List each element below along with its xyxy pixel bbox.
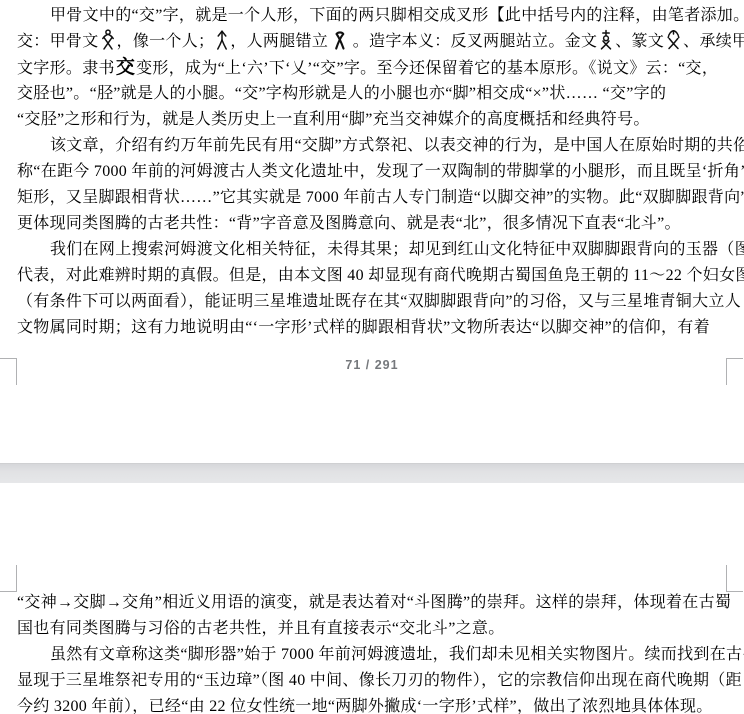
text-line: 代表，对此难辨时期的真假。但是，由本文图 40 却显现有商代晚期古蜀国鱼凫王朝的… (17, 263, 729, 289)
page-72[interactable]: “交神→交脚→交角”相近义用语的演变，就是表达着对“斗图腾”的崇拜。这样的崇拜，… (0, 483, 744, 714)
text-line: 我们在网上搜索河姆渡文化相关特征，未得其果；却见到红山文化特征中双脚脚跟背向的玉… (17, 237, 729, 263)
document-viewer: { "document": { "page_indicator": "71 / … (0, 0, 744, 714)
text-line: 今约 3200 年前），已经“由 22 位女性统一地“两脚外撇成‘一字形’式样”… (17, 694, 729, 714)
page-71[interactable]: 甲骨文中的“交”字，就是一个人形，下面的两只脚相交成叉形【此中括号内的注释，由笔… (0, 0, 744, 463)
text-line: （有条件下可以两面看），能证明三星堆遗址既存在其“双脚脚跟背向”的习俗，又与三星… (17, 289, 729, 315)
seal-script-jiao-glyph-icon (666, 29, 681, 50)
text-line: 交：甲骨文 ，像一个人； ，人两腿错立 。造字本义：反叉两腿站立。金文 、篆文 … (17, 29, 729, 55)
text-line: “交神→交脚→交角”相近义用语的演变，就是表达着对“斗图腾”的崇拜。这样的崇拜，… (17, 590, 729, 616)
page-number-indicator: 71 / 291 (0, 358, 744, 372)
text-line: 更体现同类图腾的古老共性：“背”字音意及图腾意向、就是表“北”，很多情况下直表“… (17, 211, 729, 237)
page-separator-gap[interactable] (0, 463, 744, 483)
text-line: 称“在距今 7000 年前的河姆渡古人类文化遗址中，发现了一双陶制的带脚掌的小腿… (17, 159, 729, 185)
text-line: 甲骨文中的“交”字，就是一个人形，下面的两只脚相交成叉形【此中括号内的注释，由笔… (17, 3, 729, 29)
text-line: 矩形，又呈脚跟相背状……”它其实就是 7000 年前古人专门制造“以脚交神”的实… (17, 185, 729, 211)
text-line: 该文章，介绍有约万年前先民有用“交脚”方式祭祀、以表交神的行为，是中国人在原始时… (17, 133, 729, 159)
text-line: 虽然有文章称这类“脚形器”始于 7000 年前河姆渡遗址，我们却未见相关实物图片… (17, 642, 729, 668)
clerical-script-jiao-glyph: 交 (116, 57, 135, 78)
text-line: 交胫也”。“胫”就是人的小腿。“交”字构形就是人的小腿也亦“脚”相交成“×”状…… (17, 81, 729, 107)
page-72-textblock: “交神→交脚→交角”相近义用语的演变，就是表达着对“斗图腾”的崇拜。这样的崇拜，… (17, 590, 729, 714)
text-line: 国也有同类图腾与习俗的古老共性，并且有直接表示“交北斗”之意。 (17, 616, 729, 642)
text-line: 文字形。隶书交变形，成为“上‘六’下‘乂’“交”字。至今还保留着它的基本原形。《… (17, 55, 729, 81)
bronze-script-jiao-glyph-icon (599, 29, 613, 50)
text-line: “交胫”之形和行为，就是人类历史上一直利用“脚”充当交神媒介的高度概括和经典符号… (17, 107, 729, 133)
page-71-textblock: 甲骨文中的“交”字，就是一个人形，下面的两只脚相交成叉形【此中括号内的注释，由笔… (17, 3, 729, 341)
text-line: 文物属同时期；这有力地说明由“‘一字形’式样的脚跟相背状”文物所表达“以脚交神”… (17, 315, 729, 341)
oracle-bone-person-glyph-icon (216, 29, 228, 50)
oracle-bone-jiao-glyph-icon (101, 29, 115, 50)
oracle-bone-crossed-legs-glyph-icon (334, 31, 346, 50)
text-line: 显现于三星堆祭祀专用的“玉边璋”（图 40 中间、像长刀刃的物件），它的宗教信仰… (17, 668, 729, 694)
